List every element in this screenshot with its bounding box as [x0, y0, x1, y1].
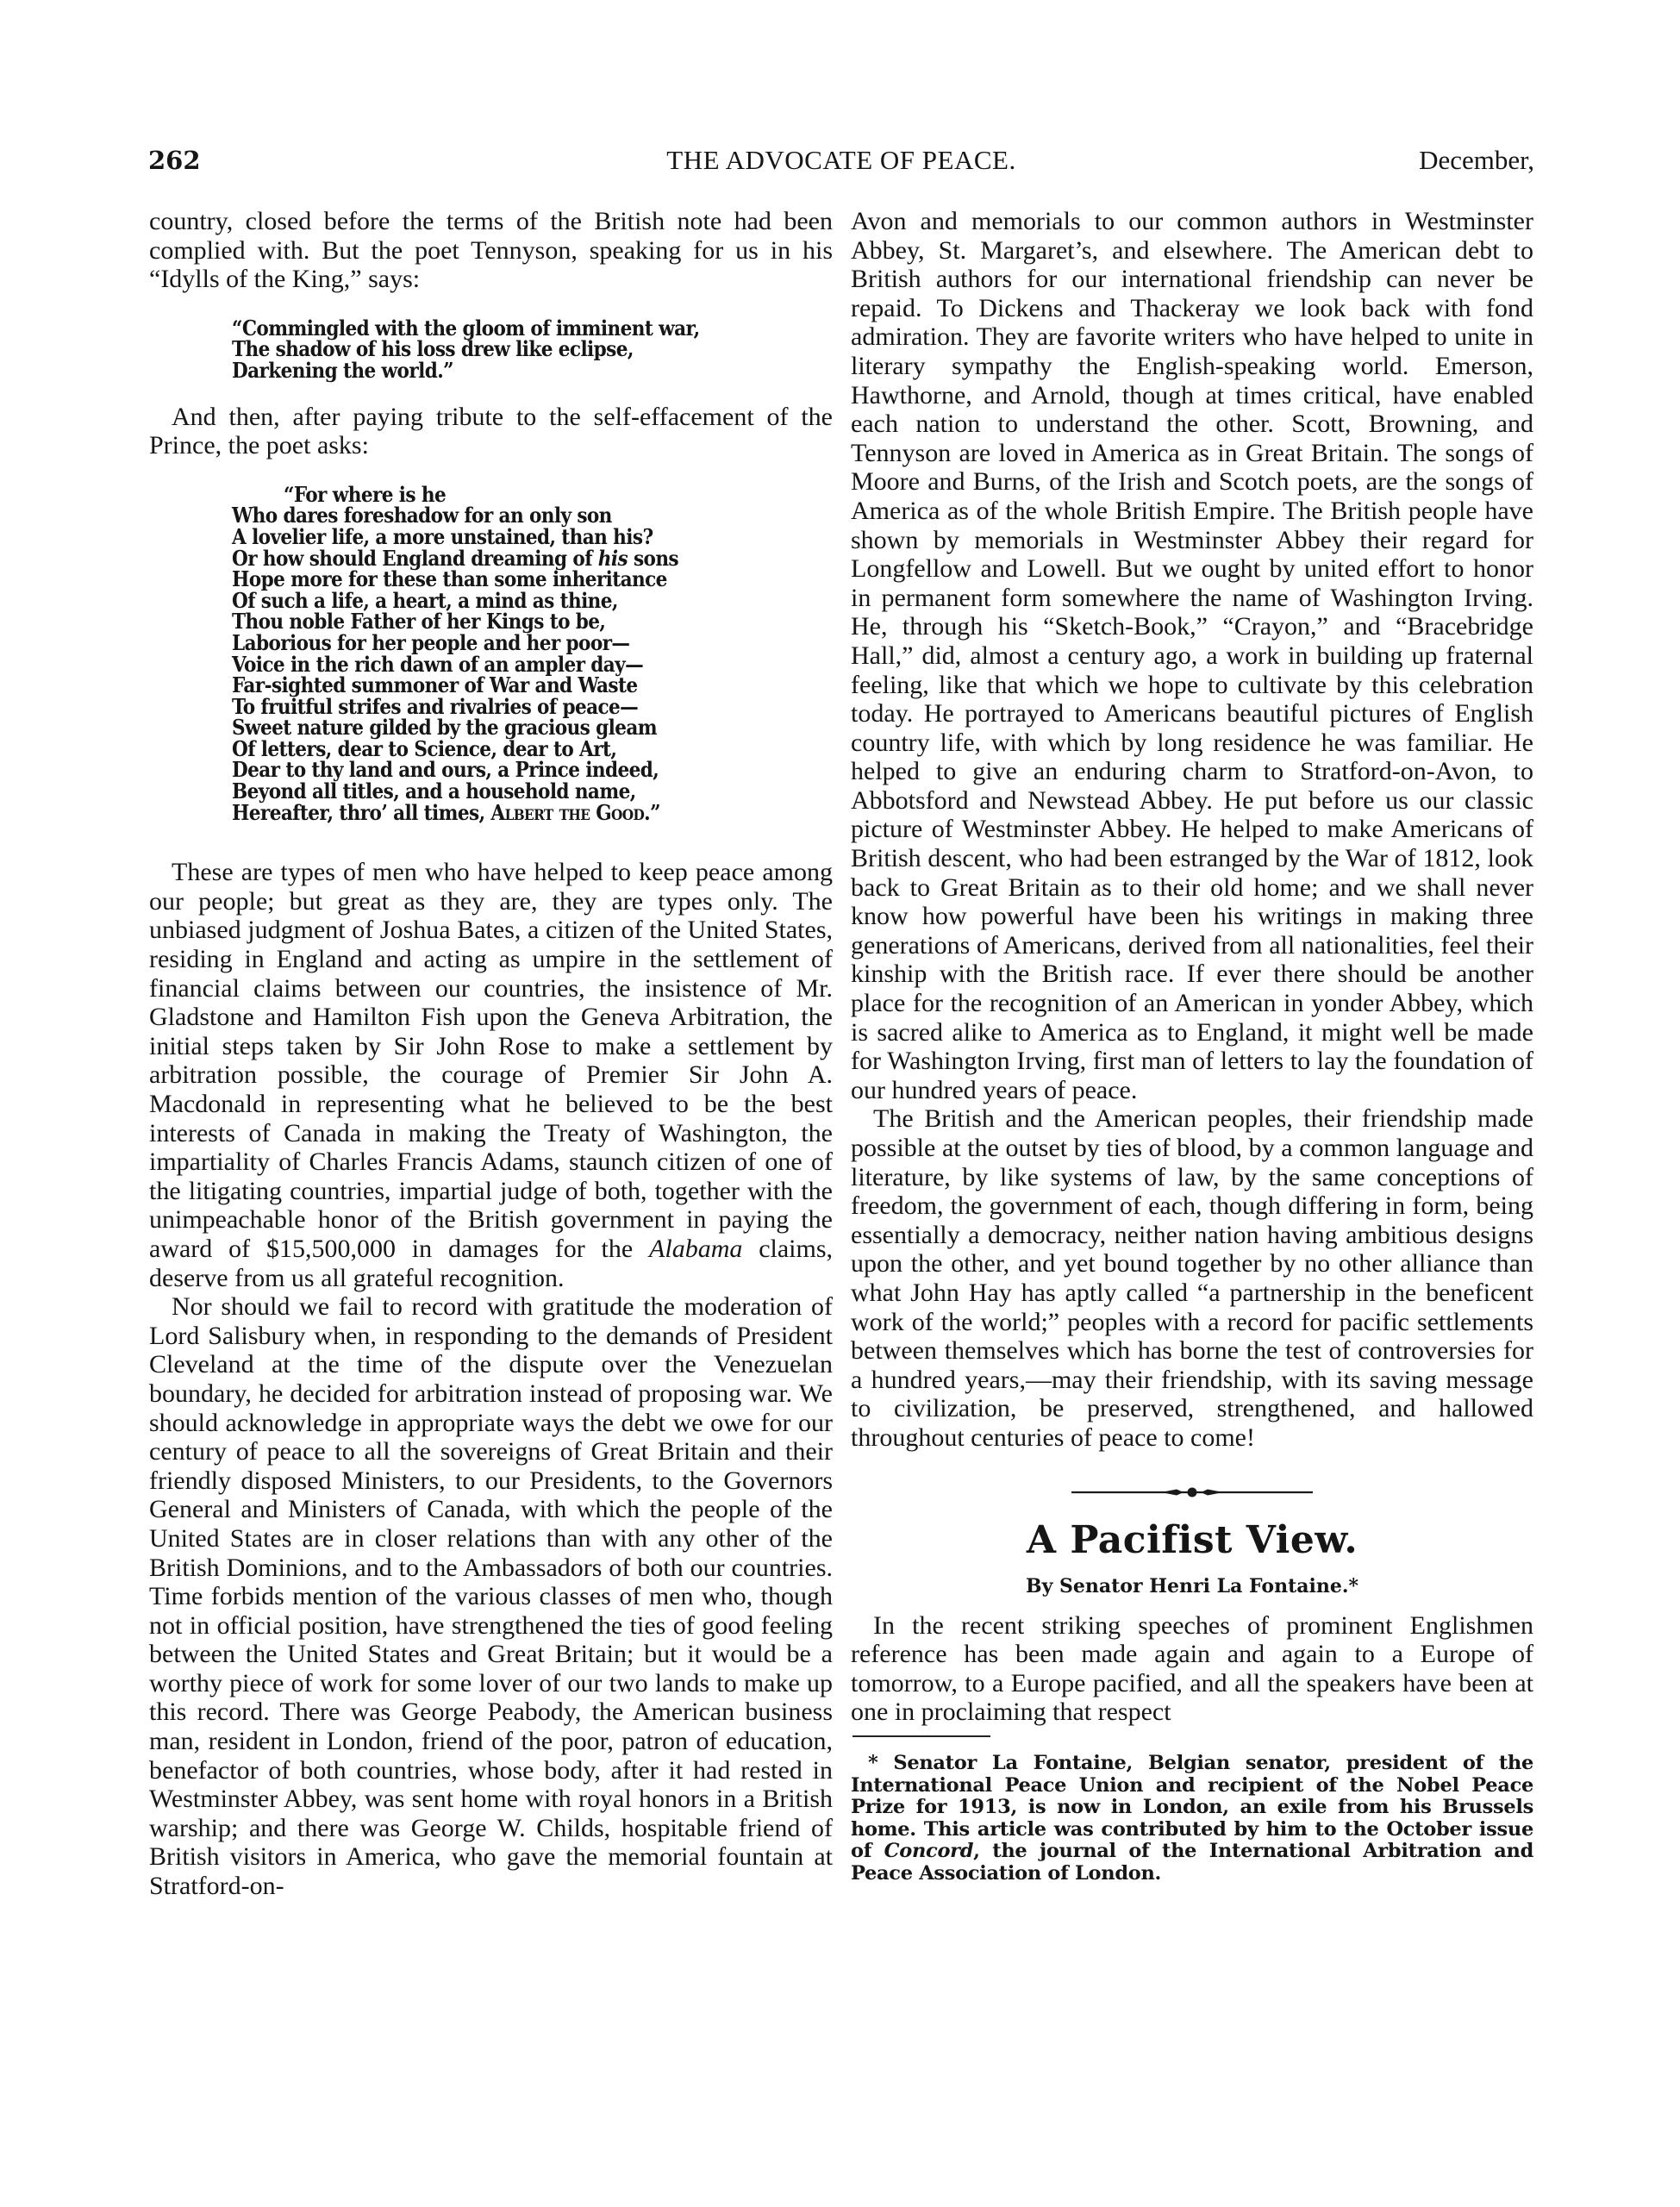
- article-title: A Pacifist View.: [851, 1518, 1533, 1563]
- publication-title: THE ADVOCATE OF PEACE.: [148, 143, 1534, 178]
- small-caps-name: Albert the Good: [490, 800, 644, 825]
- footnote-divider: [852, 1735, 990, 1737]
- paragraph: These are types of men who have helped t…: [149, 858, 833, 1292]
- poem-line: Darkening the world.”: [232, 360, 833, 382]
- poem-line-text: Hereafter, thro’ all times,: [232, 800, 490, 825]
- poem-quote-1: “Commingled with the gloom of imminent w…: [149, 318, 833, 382]
- poem-quote-2: “For where is he Who dares foreshadow fo…: [149, 485, 833, 824]
- left-column: country, closed before the terms of the …: [149, 207, 833, 1901]
- paragraph: The British and the American peoples, th…: [851, 1104, 1533, 1452]
- running-header: 262 THE ADVOCATE OF PEACE. December,: [148, 143, 1534, 178]
- poem-line-text: .”: [644, 800, 660, 825]
- issue-month: December,: [1419, 143, 1534, 178]
- section-divider-ornament-icon: [1071, 1485, 1313, 1499]
- paragraph: And then, after paying tribute to the se…: [149, 403, 833, 460]
- emphasis: Alabama: [649, 1235, 742, 1263]
- paragraph: country, closed before the terms of the …: [149, 207, 833, 294]
- paragraph-text: These are types of men who have helped t…: [149, 858, 833, 1263]
- poem-line: Far-sighted summoner of War and Waste: [232, 675, 833, 697]
- poem-line: Laborious for her people and her poor—: [232, 633, 833, 654]
- paragraph: In the recent striking speeches of promi…: [851, 1611, 1533, 1727]
- paragraph: Nor should we fail to record with gratit…: [149, 1292, 833, 1900]
- poem-line: Hereafter, thro’ all times, Albert the G…: [232, 803, 833, 824]
- paragraph: Avon and memorials to our common authors…: [851, 207, 1533, 1104]
- right-column: Avon and memorials to our common authors…: [851, 207, 1533, 1885]
- footnote: * Senator La Fontaine, Belgian senator, …: [851, 1753, 1533, 1885]
- article-byline: By Senator Henri La Fontaine.*: [851, 1573, 1533, 1599]
- journal-name: Concord: [884, 1840, 973, 1862]
